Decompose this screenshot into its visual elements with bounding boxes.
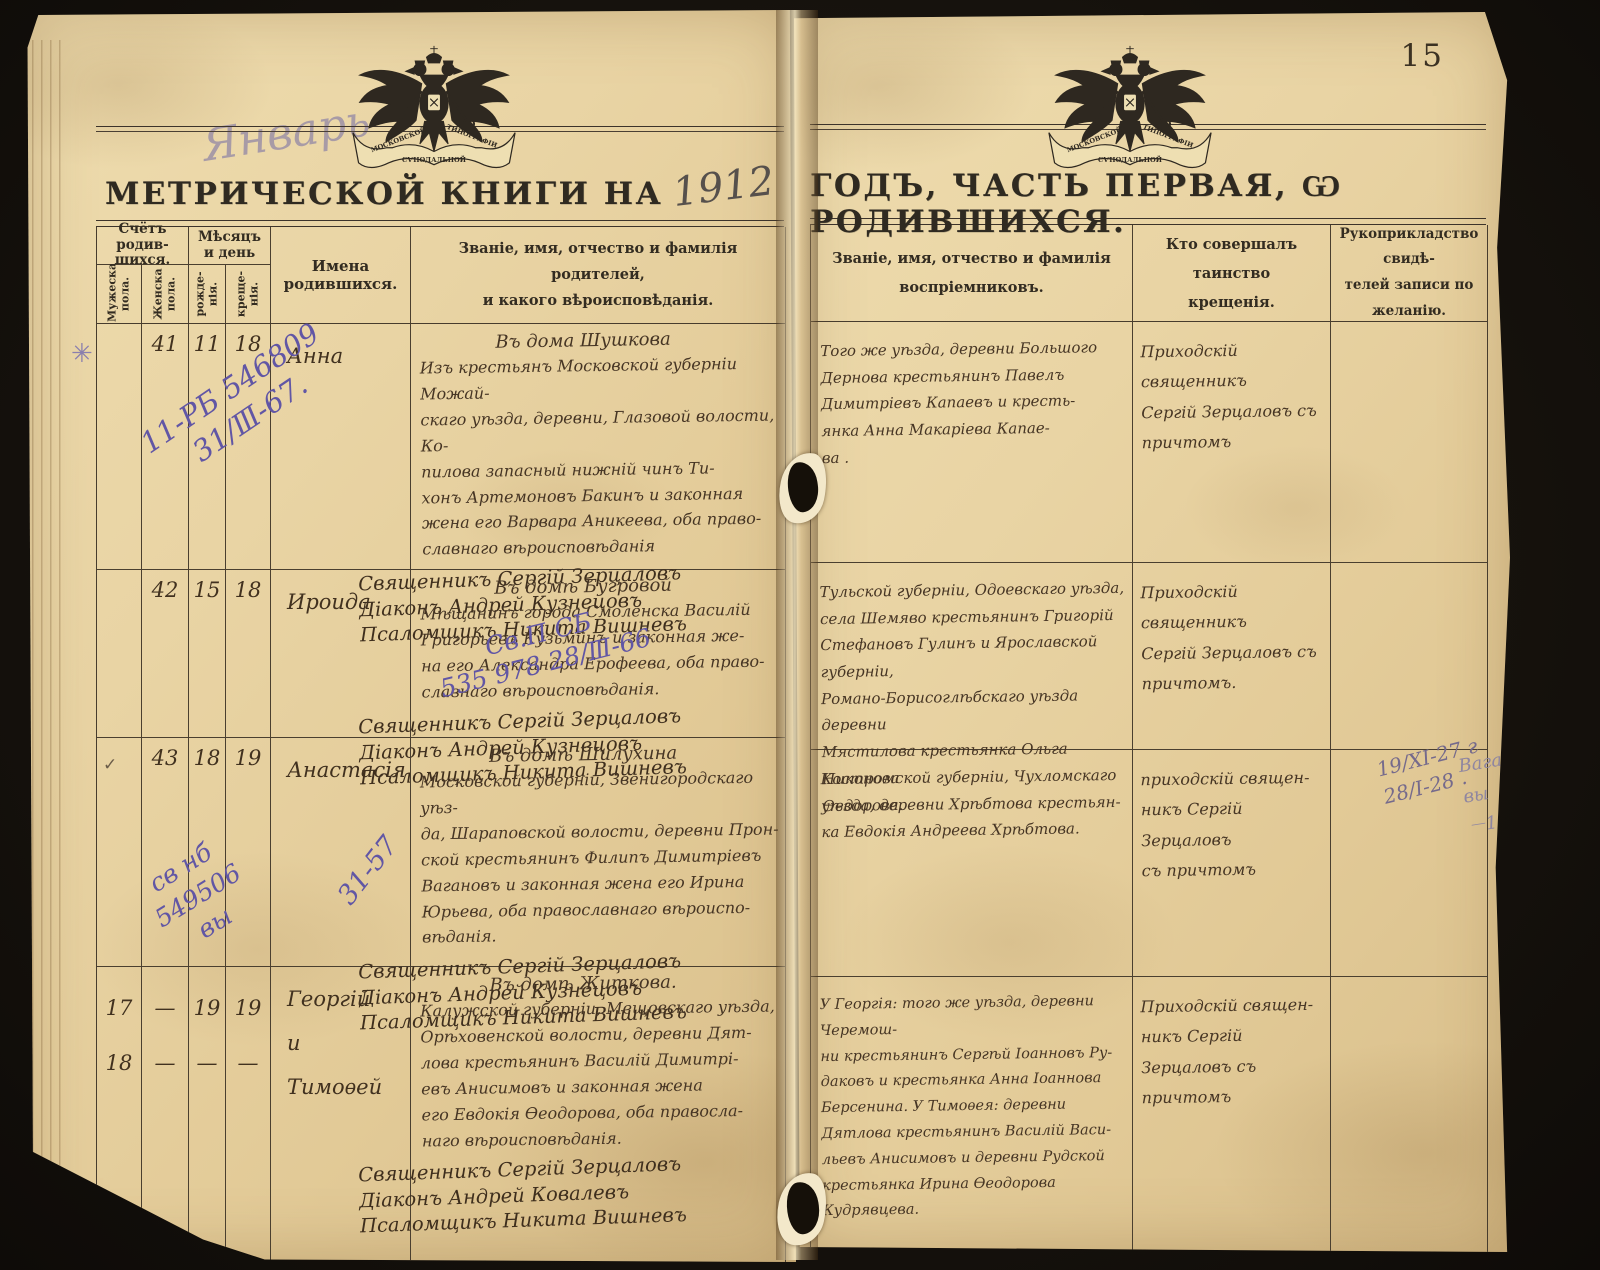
title-divider-rule bbox=[96, 220, 784, 227]
parents-cell: Въ дома Шушкова Изъ крестьянъ Московской… bbox=[411, 324, 785, 569]
birth-day-cell: 19 — bbox=[189, 967, 226, 1264]
baptism-day-header: креще- нія. bbox=[226, 265, 270, 323]
parents-text: Московской губерніи, Звенигородскаго уѣз… bbox=[410, 762, 787, 951]
witnesses-cell bbox=[1331, 563, 1487, 749]
record-row-2-right: Тульской губерніи, Одоевскаго уѣзда, сел… bbox=[811, 563, 1487, 750]
witnesses-cell bbox=[1331, 977, 1487, 1256]
pencil-margin-note: Ваганова вы －1－ bbox=[1456, 739, 1557, 843]
godparents-cell: Того же уѣзда, деревни Большого Дернова … bbox=[811, 322, 1133, 562]
witnesses-cell bbox=[1331, 322, 1487, 562]
count-group-label: Счётъ родив- шихся. bbox=[97, 227, 188, 265]
page-number: 15 bbox=[1401, 38, 1444, 74]
register-title-right-row: ГОДЪ, ЧАСТЬ ПЕРВАЯ, Ѡ РОДИВШИХСЯ. bbox=[810, 168, 1486, 218]
officiant-cell: Приходскій священ- никъ Сергій Зерцаловъ… bbox=[1133, 977, 1331, 1256]
names-header: Имена родившихся. bbox=[271, 227, 411, 323]
right-page: 15 ГОДЪ, ЧАСТЬ ПЕРВАЯ, Ѡ РОДИВШИХСЯ. Зва… bbox=[794, 12, 1510, 1252]
parents-cell: Въ домѣ Житкова. Калужской губерніи, Мещ… bbox=[411, 967, 785, 1264]
record-row-1-right: Того же уѣзда, деревни Большого Дернова … bbox=[811, 322, 1487, 563]
register-title-right: ГОДЪ, ЧАСТЬ ПЕРВАЯ, Ѡ РОДИВШИХСЯ. bbox=[810, 168, 1486, 240]
female-count-cell: 42 bbox=[142, 570, 189, 737]
register-title-left-row: МЕТРИЧЕСКОЙ КНИГИ НА 1912 bbox=[96, 168, 784, 218]
clergy-signatures: Священникъ Сергій Зерцаловъ Діаконъ Андр… bbox=[358, 1148, 786, 1240]
officiant-cell: Приходскій священникъ Сергій Зерцаловъ с… bbox=[1133, 322, 1331, 562]
parents-text: Калужской губерніи, Мещовскаго уѣзда, Ор… bbox=[410, 991, 786, 1154]
baptism-day-cell: 19 — bbox=[226, 967, 271, 1264]
birth-day-header: рожде- нія. bbox=[189, 265, 226, 323]
page-stack-edges bbox=[32, 40, 66, 1230]
parents-text: Изъ крестьянъ Московской губерніи Можай-… bbox=[410, 348, 787, 562]
godparents-cell: У Георгія: того же уѣзда, деревни Черемо… bbox=[811, 977, 1133, 1256]
birth-day-cell: 15 bbox=[189, 570, 226, 737]
male-count-header: Мужеска пола. bbox=[97, 265, 142, 323]
left-table-header: Счётъ родив- шихся. Мужеска пола. Женска… bbox=[97, 227, 785, 324]
female-count-header: Женска пола. bbox=[142, 265, 188, 323]
parents-cell: Въ домѣ Шилухина Московской губерніи, Зв… bbox=[411, 738, 785, 966]
register-year-handwritten: 1912 bbox=[670, 158, 777, 216]
officiant-cell: приходскій священ- никъ Сергій Зерцаловъ… bbox=[1133, 750, 1331, 976]
male-count-cell bbox=[97, 570, 142, 737]
parents-header: Званіе, имя, отчество и фамилія родителе… bbox=[411, 227, 785, 323]
left-page: Январь МЕТРИЧЕСКОЙ КНИГИ НА 1912 Счётъ р… bbox=[26, 10, 796, 1262]
margin-asterisk-mark: ✳ bbox=[71, 339, 93, 369]
child-name-cell: Ироида bbox=[271, 570, 411, 737]
birth-records-table-right: Званіе, имя, отчество и фамилія воспріем… bbox=[810, 225, 1488, 1257]
synodal-eagle-emblem bbox=[334, 44, 534, 176]
photo-backdrop: Январь МЕТРИЧЕСКОЙ КНИГИ НА 1912 Счётъ р… bbox=[0, 0, 1600, 1270]
record-row-4: 17 18 — — 19 — 19 — Георгій и Тимоѳей Въ… bbox=[97, 967, 785, 1265]
baptism-day-cell: 18 bbox=[226, 570, 271, 737]
margin-check-mark: ✓ bbox=[103, 755, 117, 775]
godparents-cell: Тульской губерніи, Одоевскаго уѣзда, сел… bbox=[811, 563, 1133, 749]
count-group-header: Счётъ родив- шихся. Мужеска пола. Женска… bbox=[97, 227, 189, 323]
synodal-eagle-emblem bbox=[1030, 44, 1230, 176]
godparents-cell: Костромской губерніи, Чухломскаго уѣзда,… bbox=[811, 750, 1133, 976]
male-count-cell: 17 18 bbox=[97, 967, 142, 1264]
birth-records-table-left: Счётъ родив- шихся. Мужеска пола. Женска… bbox=[96, 227, 786, 1265]
register-title-left: МЕТРИЧЕСКОЙ КНИГИ НА bbox=[105, 176, 663, 212]
month-group-header: Мѣсяцъ и день рожде- нія. креще- нія. bbox=[189, 227, 271, 323]
month-group-label: Мѣсяцъ и день bbox=[189, 227, 270, 265]
officiant-cell: Приходскій священникъ Сергій Зерцаловъ с… bbox=[1133, 563, 1331, 749]
record-row-4-right: У Георгія: того же уѣзда, деревни Черемо… bbox=[811, 977, 1487, 1257]
female-count-cell: — — bbox=[142, 967, 189, 1264]
